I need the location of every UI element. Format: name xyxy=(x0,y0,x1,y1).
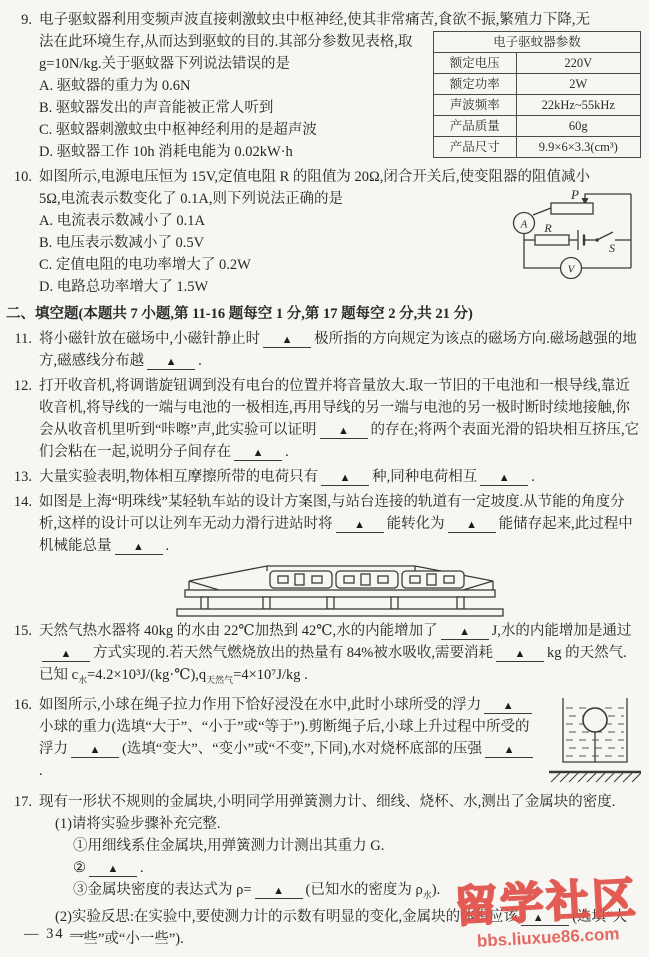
question-number: 14. xyxy=(6,491,32,617)
option-a: A. 电流表示数减小了 0.1A xyxy=(39,210,485,232)
answer-blank: ▲ xyxy=(336,519,384,533)
answer-blank: ▲ xyxy=(89,863,137,877)
param-value: 2W xyxy=(516,74,640,95)
question-12-text: 打开收音机,将调谐旋钮调到没有电台的位置并将音量放大.取一节旧的干电池和一根导线… xyxy=(39,375,641,463)
table-row: 声波频率 22kHz~55kHz xyxy=(434,95,641,116)
answer-blank: ▲ xyxy=(484,700,532,714)
switch-blade xyxy=(597,232,613,240)
question-10-body: 如图所示,电源电压恒为 15V,定值电阻 R 的阻值为 20Ω,闭合开关后,使变… xyxy=(39,166,641,298)
answer-blank: ▲ xyxy=(42,648,90,662)
beaker-figure xyxy=(549,696,641,788)
question-number: 16. xyxy=(6,694,32,788)
param-label: 声波频率 xyxy=(434,95,517,116)
question-17-part2: (2)实验反思:在实验中,要使测力计的示数有明显的变化,金属块的体积应该▲(选填… xyxy=(39,906,641,950)
question-11: 11. 将小磁针放在磁场中,小磁针静止时▲极所指的方向规定为该点的磁场方向.磁场… xyxy=(6,328,641,372)
param-label: 额定电压 xyxy=(434,53,517,74)
answer-blank: ▲ xyxy=(321,472,369,486)
question-number: 15. xyxy=(6,620,32,691)
question-17-part1: (1)请将实验步骤补充完整. xyxy=(39,813,641,835)
question-15: 15. 天然气热水器将 40kg 的水由 22℃加热到 42℃,水的内能增加了▲… xyxy=(6,620,641,691)
answer-blank: ▲ xyxy=(485,744,533,758)
param-value: 220V xyxy=(516,53,640,74)
circuit-wire xyxy=(533,208,551,215)
question-13: 13. 大量实验表明,物体相互摩擦所带的电荷只有▲种,同种电荷相互▲. xyxy=(6,466,641,488)
answer-blank: ▲ xyxy=(147,356,195,370)
option-d: D. 电路总功率增大了 1.5W xyxy=(39,276,485,298)
page-number: — 34 — xyxy=(24,923,87,945)
station-deck xyxy=(185,590,495,597)
answer-blank: ▲ xyxy=(480,472,528,486)
answer-blank: ▲ xyxy=(71,744,119,758)
question-17-step3: ③金属块密度的表达式为 ρ=▲(已知水的密度为 ρ水). xyxy=(39,879,641,906)
station-brace xyxy=(463,581,493,590)
train-windows xyxy=(278,574,454,585)
circuit-wire xyxy=(585,194,631,199)
answer-blank: ▲ xyxy=(441,626,489,640)
param-value: 22kHz~55kHz xyxy=(516,95,640,116)
light-rail-station-figure xyxy=(175,559,505,617)
question-17-step1: ①用细线系住金属块,用弹簧测力计测出其重力 G. xyxy=(39,835,641,857)
question-number: 11. xyxy=(6,328,32,372)
param-label: 产品尺寸 xyxy=(434,137,517,158)
ground-hatching xyxy=(551,773,641,782)
station-columns xyxy=(201,597,464,609)
question-number: 12. xyxy=(6,375,32,463)
question-17-intro: 现有一形状不规则的金属块,小明同学用弹簧测力计、细线、烧杯、水,测出了金属块的密… xyxy=(39,791,641,813)
option-a: A. 驱蚊器的重力为 0.6N xyxy=(39,75,427,97)
ammeter-label: A xyxy=(520,219,528,231)
table-row: 产品尺寸 9.9×6×3.3(cm³) xyxy=(434,137,641,158)
answer-blank: ▲ xyxy=(263,334,311,348)
rheostat-symbol xyxy=(551,203,593,214)
station-base xyxy=(177,609,503,616)
table-row: 额定电压 220V xyxy=(434,53,641,74)
rheostat-label: P xyxy=(570,188,579,202)
param-label: 额定功率 xyxy=(434,74,517,95)
section-2-header: 二、填空题(本题共 7 小题,第 11-16 题每空 1 分,第 17 题每空 … xyxy=(6,303,641,325)
question-9-body: 电子驱蚊器利用变频声波直接刺激蚊虫中枢神经,使其非常痛苦,食欲不振,繁殖力下降,… xyxy=(39,9,641,163)
question-15-text: 天然气热水器将 40kg 的水由 22℃加热到 42℃,水的内能增加了▲J,水的… xyxy=(39,620,641,691)
question-9: 9. 电子驱蚊器利用变频声波直接刺激蚊虫中枢神经,使其非常痛苦,食欲不振,繁殖力… xyxy=(6,9,641,163)
question-9-line1: 电子驱蚊器利用变频声波直接刺激蚊虫中枢神经,使其非常痛苦,食欲不振,繁殖力下降,… xyxy=(39,9,641,31)
question-10-text: 5Ω,电流表示数变化了 0.1A,则下列说法正确的是 xyxy=(39,188,485,210)
option-b: B. 电压表示数减小了 0.5V xyxy=(39,232,485,254)
param-value: 9.9×6×3.3(cm³) xyxy=(516,137,640,158)
question-13-text: 大量实验表明,物体相互摩擦所带的电荷只有▲种,同种电荷相互▲. xyxy=(39,466,641,488)
circuit-diagram: P A R S xyxy=(491,188,641,292)
question-9-text: 法在此环境生存,从而达到驱蚊的目的.其部分参数见表格,取 g=10N/kg.关于… xyxy=(39,31,427,75)
answer-blank: ▲ xyxy=(320,425,368,439)
exam-page: { "doc": { "section2_header": "二、填空题(本题共… xyxy=(0,0,649,957)
option-d: D. 驱蚊器工作 10h 消耗电能为 0.02kW·h xyxy=(39,141,427,163)
option-c: C. 驱蚊器刺激蚊虫中枢神经利用的是超声波 xyxy=(39,119,427,141)
question-9-text-col: 法在此环境生存,从而达到驱蚊的目的.其部分参数见表格,取 g=10N/kg.关于… xyxy=(39,31,427,163)
question-14-text: 如图是上海“明珠线”某轻轨车站的设计方案图,与站台连接的轨道有一定坡度.从节能的… xyxy=(39,491,641,557)
question-17: 17. 现有一形状不规则的金属块,小明同学用弹簧测力计、细线、烧杯、水,测出了金… xyxy=(6,791,641,950)
table-row: 额定功率 2W xyxy=(434,74,641,95)
question-9-row: 法在此环境生存,从而达到驱蚊的目的.其部分参数见表格,取 g=10N/kg.关于… xyxy=(39,31,641,163)
question-11-text: 将小磁针放在磁场中,小磁针静止时▲极所指的方向规定为该点的磁场方向.磁场越强的地… xyxy=(39,328,641,372)
resistor-symbol xyxy=(535,235,569,245)
question-17-step2: ②▲. xyxy=(39,857,641,879)
question-12: 12. 打开收音机,将调谐旋钮调到没有电台的位置并将音量放大.取一节旧的干电池和… xyxy=(6,375,641,463)
repeller-parameters-table: 电子驱蚊器参数 额定电压 220V 额定功率 2W 声波频率 22kHz~55k… xyxy=(433,31,641,158)
ball xyxy=(583,708,607,732)
answer-blank: ▲ xyxy=(234,447,282,461)
table-title: 电子驱蚊器参数 xyxy=(434,32,641,53)
answer-blank: ▲ xyxy=(496,648,544,662)
station-brace xyxy=(189,581,219,590)
answer-blank: ▲ xyxy=(448,519,496,533)
question-number: 9. xyxy=(6,9,32,163)
question-16: 16. 如图所示,小球在绳子拉力作用下恰好浸没在水中,此时小球所受的浮力▲小球的… xyxy=(6,694,641,788)
answer-blank: ▲ xyxy=(521,912,569,926)
table-row: 产品质量 60g xyxy=(434,116,641,137)
param-value: 60g xyxy=(516,116,640,137)
switch-label: S xyxy=(609,241,615,255)
answer-blank: ▲ xyxy=(115,541,163,555)
question-number: 13. xyxy=(6,466,32,488)
option-c: C. 定值电阻的电功率增大了 0.2W xyxy=(39,254,485,276)
question-10: 10. 如图所示,电源电压恒为 15V,定值电阻 R 的阻值为 20Ω,闭合开关… xyxy=(6,166,641,298)
question-16-text: 如图所示,小球在绳子拉力作用下恰好浸没在水中,此时小球所受的浮力▲小球的重力(选… xyxy=(39,694,539,782)
question-10-text-col: 5Ω,电流表示数变化了 0.1A,则下列说法正确的是 A. 电流表示数减小了 0… xyxy=(39,188,485,298)
question-10-line1: 如图所示,电源电压恒为 15V,定值电阻 R 的阻值为 20Ω,闭合开关后,使变… xyxy=(39,166,641,188)
param-label: 产品质量 xyxy=(434,116,517,137)
question-14: 14. 如图是上海“明珠线”某轻轨车站的设计方案图,与站台连接的轨道有一定坡度.… xyxy=(6,491,641,617)
resistor-label: R xyxy=(543,221,552,235)
question-10-row: 5Ω,电流表示数变化了 0.1A,则下列说法正确的是 A. 电流表示数减小了 0… xyxy=(39,188,641,298)
answer-blank: ▲ xyxy=(255,885,303,899)
option-b: B. 驱蚊器发出的声音能被正常人听到 xyxy=(39,97,427,119)
question-number: 10. xyxy=(6,166,32,298)
